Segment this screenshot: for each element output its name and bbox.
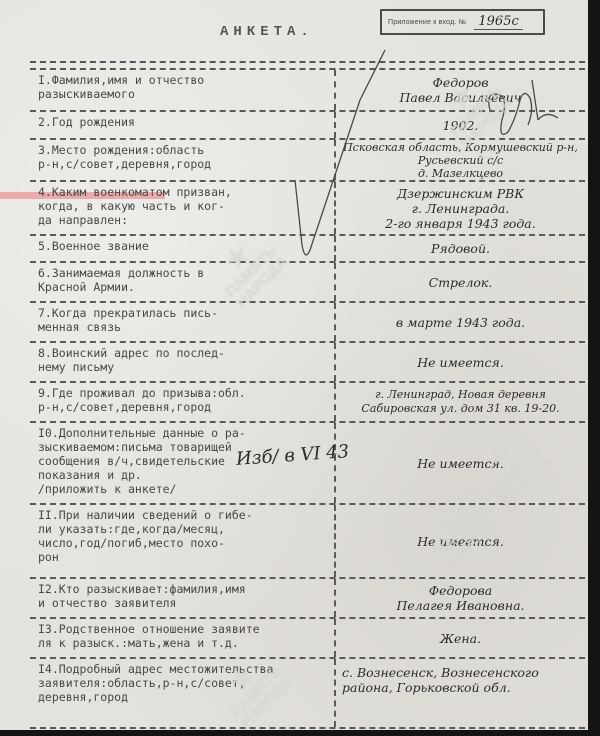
form-row-relationship: I3.Родственное отношение заявите ля к ра… <box>30 619 585 659</box>
stamp-label: Приложение к вход. № <box>388 19 466 26</box>
answer-applicant-name: Федорова Пелагея Ивановна. <box>336 579 585 617</box>
form-row-applicant-name: I2.Кто разыскивает:фамилия,имя и отчеств… <box>30 579 585 619</box>
registry-stamp: Приложение к вход. № 1965с <box>380 9 545 35</box>
answer-applicant-address: с. Вознесенск, Вознесенского района, Гор… <box>336 659 585 727</box>
form-row-military-address: 8.Воинский адрес по послед- нему письму … <box>30 343 585 383</box>
form-row-death-info: II.При наличии сведений о гибе- ли указа… <box>30 505 585 579</box>
question-last-contact: 7.Когда прекратилась пись- менная связь <box>30 303 336 341</box>
stamp-number: 1965с <box>474 14 522 30</box>
question-applicant-address: I4.Подробный адрес местожительства заяви… <box>30 659 336 727</box>
archival-questionnaire-page: АНКЕТА. Приложение к вход. № 1965с I.Фам… <box>0 0 588 730</box>
answer-relationship: Жена. <box>336 619 585 657</box>
question-death-info: II.При наличии сведений о гибе- ли указа… <box>30 505 336 577</box>
answer-residence: г. Ленинград, Новая деревня Сабировская … <box>336 383 585 421</box>
form-row-last-contact: 7.Когда прекратилась пись- менная связь … <box>30 303 585 343</box>
form-row-residence: 9.Где проживал до призыва:обл. р-н,с/сов… <box>30 383 585 423</box>
scan-border-bottom <box>0 730 600 736</box>
form-row-applicant-address: I4.Подробный адрес местожительства заяви… <box>30 659 585 729</box>
resolution-scribble <box>480 70 560 150</box>
pen-check-stroke <box>290 40 390 270</box>
answer-military-address: Не имеется. <box>336 343 585 381</box>
answer-last-contact: в марте 1943 года. <box>336 303 585 341</box>
question-relationship: I3.Родственное отношение заявите ля к ра… <box>30 619 336 657</box>
question-military-address: 8.Воинский адрес по послед- нему письму <box>30 343 336 381</box>
document-title: АНКЕТА. <box>220 24 314 40</box>
question-applicant-name: I2.Кто разыскивает:фамилия,имя и отчеств… <box>30 579 336 617</box>
answer-additional-info: Не имеется. <box>336 423 585 503</box>
question-residence: 9.Где проживал до призыва:обл. р-н,с/сов… <box>30 383 336 421</box>
answer-death-info: Не имеется. <box>336 505 585 577</box>
scan-border-right <box>588 0 600 736</box>
